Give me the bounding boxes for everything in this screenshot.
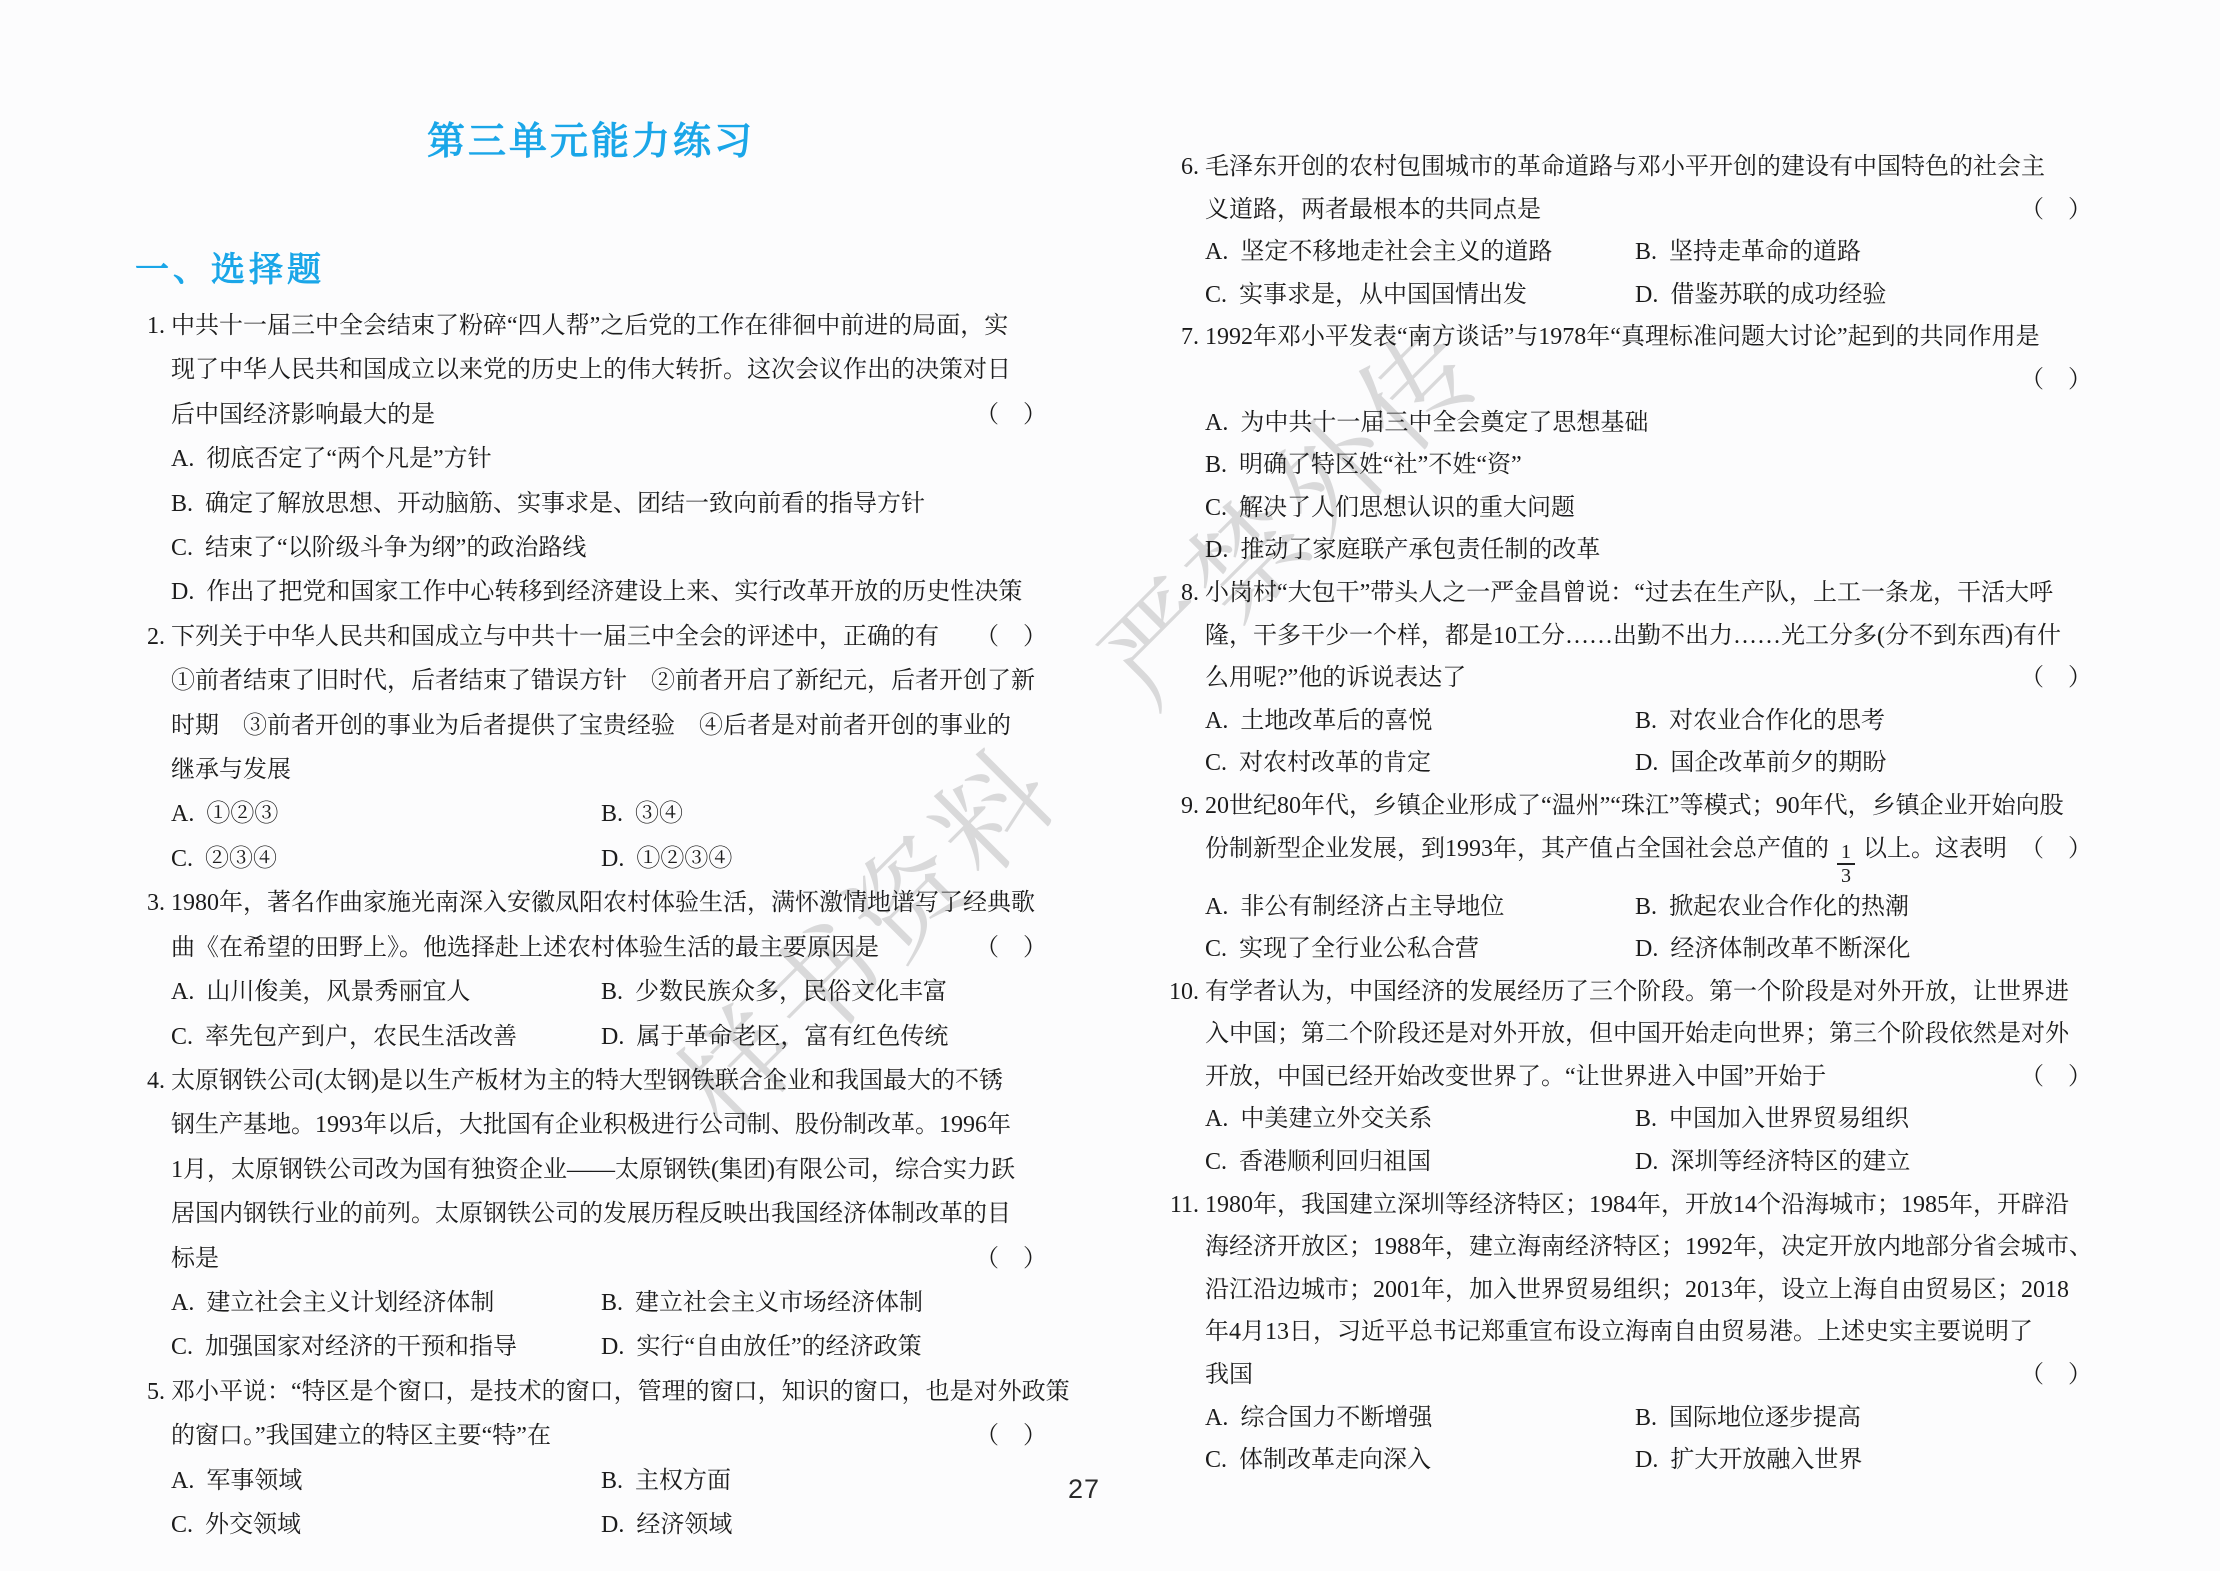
option-text: 加强国家对经济的干预和指导 xyxy=(205,1325,517,1369)
question-stem-line: 1980年，著名作曲家施光南深入安徽凤阳农村体验生活，满怀激情地谱写了经典歌 xyxy=(171,881,1047,925)
question-stem-line: 后中国经济影响最大的是（ ） xyxy=(171,393,1047,437)
question-stem-line: 有学者认为，中国经济的发展经历了三个阶段。第一个阶段是对外开放，让世界进 xyxy=(1205,971,2092,1014)
option-c: C.结束了“以阶级斗争为纲”的政治路线 xyxy=(171,526,586,570)
answer-bracket: （ ） xyxy=(2020,1056,2092,1099)
option-text: 香港顺利回归祖国 xyxy=(1239,1141,1431,1184)
stem-text: 义道路，两者最根本的共同点是 xyxy=(1205,189,1541,232)
option-text: 对农村改革的肯定 xyxy=(1239,742,1431,785)
question-stem-line: 1月，太原钢铁公司改为国有独资企业——太原钢铁(集团)有限公司，综合实力跃 xyxy=(171,1148,1047,1192)
option-label: B. xyxy=(601,1459,623,1503)
option-b: B.少数民族众多，民俗文化丰富 xyxy=(601,970,947,1014)
option-d: D.①②③④ xyxy=(601,837,732,881)
option-label: C. xyxy=(1205,274,1227,317)
option-a: A.综合国力不断增强 xyxy=(1205,1397,1635,1440)
stem-text: 的窗口。”我国建立的特区主要“特”在 xyxy=(171,1414,551,1458)
page-title: 第三单元能力练习 xyxy=(135,118,1047,166)
option-text: 为中共十一届三中全会奠定了思想基础 xyxy=(1240,402,1648,445)
option-text: 非公有制经济占主导地位 xyxy=(1240,886,1504,929)
question-stem-line: 下列关于中华人民共和国成立与中共十一届三中全会的评述中，正确的有（ ） xyxy=(171,615,1047,659)
option-c: C.对农村改革的肯定 xyxy=(1205,742,1635,785)
option-label: A. xyxy=(171,437,194,481)
stem-text: 海经济开放区；1988年，建立海南经济特区；1992年，决定开放内地部分省会城市… xyxy=(1205,1226,2093,1269)
option-label: D. xyxy=(1635,742,1658,785)
question-number: 1. xyxy=(147,304,165,348)
option-b: B.明确了特区姓“社”不姓“资” xyxy=(1205,444,1522,487)
question-stem-line: 1980年，我国建立深圳等经济特区；1984年，开放14个沿海城市；1985年，… xyxy=(1205,1184,2092,1227)
question-stem-line: 的窗口。”我国建立的特区主要“特”在（ ） xyxy=(171,1414,1047,1458)
stem-text: 入中国；第二个阶段还是对外开放，但中国开始走向世界；第三个阶段依然是对外 xyxy=(1205,1013,2069,1056)
options-row: A.①②③B.③④ xyxy=(171,792,1047,836)
answer-bracket: （ ） xyxy=(2020,828,2092,871)
stem-text: 20世纪80年代，乡镇企业形成了“温州”“珠江”等模式；90年代，乡镇企业开始向… xyxy=(1205,785,2064,828)
option-text: 经济体制改革不断深化 xyxy=(1670,928,1910,971)
question-10: 10.有学者认为，中国经济的发展经历了三个阶段。第一个阶段是对外开放，让世界进入… xyxy=(1169,971,2092,1184)
question-number: 2. xyxy=(147,615,165,659)
option-c: C.率先包产到户，农民生活改善 xyxy=(171,1015,601,1059)
option-line: A.彻底否定了“两个凡是”方针 xyxy=(171,437,1047,481)
option-a: A.军事领域 xyxy=(171,1459,601,1503)
option-a: A.①②③ xyxy=(171,792,601,836)
option-line: C.解决了人们思想认识的重大问题 xyxy=(1205,487,2092,530)
option-text: 实行“自由放任”的经济政策 xyxy=(636,1325,921,1369)
option-label: B. xyxy=(601,1281,623,1325)
option-label: A. xyxy=(171,1459,194,1503)
question-number: 6. xyxy=(1181,146,1199,189)
question-stem-line: 20世纪80年代，乡镇企业形成了“温州”“珠江”等模式；90年代，乡镇企业开始向… xyxy=(1205,785,2092,828)
question-3: 3.1980年，著名作曲家施光南深入安徽凤阳农村体验生活，满怀激情地谱写了经典歌… xyxy=(135,881,1047,1059)
question-stem-line: 中共十一届三中全会结束了粉碎“四人帮”之后党的工作在徘徊中前进的局面，实 xyxy=(171,304,1047,348)
option-c: C.实现了全行业公私合营 xyxy=(1205,928,1635,971)
option-text: ③④ xyxy=(635,792,683,836)
option-d: D.推动了家庭联产承包责任制的改革 xyxy=(1205,529,1600,572)
option-label: B. xyxy=(1635,886,1657,929)
options-row: C.实事求是，从中国国情出发D.借鉴苏联的成功经验 xyxy=(1205,274,2092,317)
options-row: C.体制改革走向深入D.扩大开放融入世界 xyxy=(1205,1439,2092,1482)
option-b: B.对农业合作化的思考 xyxy=(1635,700,1885,743)
options-row: C.外交领域D.经济领域 xyxy=(171,1503,1047,1547)
option-text: 推动了家庭联产承包责任制的改革 xyxy=(1240,529,1600,572)
option-label: C. xyxy=(1205,742,1227,785)
option-text: 属于革命老区，富有红色传统 xyxy=(636,1015,948,1059)
option-label: A. xyxy=(1205,1098,1228,1141)
option-text: 主权方面 xyxy=(635,1459,731,1503)
option-text: 山川俊美，风景秀丽宜人 xyxy=(206,970,470,1014)
option-text: 彻底否定了“两个凡是”方针 xyxy=(206,437,491,481)
stem-text: 么用呢?”他的诉说表达了 xyxy=(1205,657,1466,700)
option-a: A.山川俊美，风景秀丽宜人 xyxy=(171,970,601,1014)
options-row: A.山川俊美，风景秀丽宜人B.少数民族众多，民俗文化丰富 xyxy=(171,970,1047,1014)
option-label: D. xyxy=(1205,529,1228,572)
stem-text: ①前者结束了旧时代，后者结束了错误方针 ②前者开启了新纪元，后者开创了新 xyxy=(171,659,1035,703)
question-2: 2.下列关于中华人民共和国成立与中共十一届三中全会的评述中，正确的有（ ）①前者… xyxy=(135,615,1047,881)
option-text: 国际地位逐步提高 xyxy=(1669,1397,1861,1440)
answer-bracket: （ ） xyxy=(2020,189,2092,232)
option-c: C.体制改革走向深入 xyxy=(1205,1439,1635,1482)
option-text: 掀起农业合作化的热潮 xyxy=(1669,886,1909,929)
stem-text: 中共十一届三中全会结束了粉碎“四人帮”之后党的工作在徘徊中前进的局面，实 xyxy=(171,304,1008,348)
question-stem-line: 隆，干多干少一个样，都是10工分……出勤不出力……光工分多(分不到东西)有什 xyxy=(1205,615,2092,658)
stem-text: 我国 xyxy=(1205,1354,1253,1397)
option-text: 军事领域 xyxy=(206,1459,302,1503)
stem-text: 沿江沿边城市；2001年，加入世界贸易组织；2013年，设立上海自由贸易区；20… xyxy=(1205,1269,2069,1312)
stem-text: 邓小平说：“特区是个窗口，是技术的窗口，管理的窗口，知识的窗口，也是对外政策 xyxy=(171,1370,1070,1414)
option-label: A. xyxy=(171,970,194,1014)
options-row: A.军事领域B.主权方面 xyxy=(171,1459,1047,1503)
question-number: 3. xyxy=(147,881,165,925)
option-a: A.土地改革后的喜悦 xyxy=(1205,700,1635,743)
option-text: ②③④ xyxy=(205,837,277,881)
question-stem-line: 钢生产基地。1993年以后，大批国有企业积极进行公司制、股份制改革。1996年 xyxy=(171,1103,1047,1147)
option-label: B. xyxy=(1205,444,1227,487)
option-label: C. xyxy=(1205,1439,1227,1482)
option-text: 综合国力不断增强 xyxy=(1240,1397,1432,1440)
options-row: C.②③④D.①②③④ xyxy=(171,837,1047,881)
option-label: B. xyxy=(1635,1098,1657,1141)
option-line: C.结束了“以阶级斗争为纲”的政治路线 xyxy=(171,526,1047,570)
option-text: 解决了人们思想认识的重大问题 xyxy=(1239,487,1575,530)
option-d: D.实行“自由放任”的经济政策 xyxy=(601,1325,922,1369)
answer-bracket: （ ） xyxy=(2020,1354,2092,1397)
question-stem-line: 小岗村“大包干”带头人之一严金昌曾说：“过去在生产队，上工一条龙，干活大呼 xyxy=(1205,572,2092,615)
option-label: C. xyxy=(171,837,193,881)
option-b: B.国际地位逐步提高 xyxy=(1635,1397,1861,1440)
option-label: D. xyxy=(601,837,624,881)
option-line: D.推动了家庭联产承包责任制的改革 xyxy=(1205,529,2092,572)
option-text: 建立社会主义市场经济体制 xyxy=(635,1281,923,1325)
question-stem-line: 我国（ ） xyxy=(1205,1354,2092,1397)
option-a: A.中美建立外交关系 xyxy=(1205,1098,1635,1141)
question-number: 8. xyxy=(1181,572,1199,615)
options-row: A.综合国力不断增强B.国际地位逐步提高 xyxy=(1205,1397,2092,1440)
options-row: C.加强国家对经济的干预和指导D.实行“自由放任”的经济政策 xyxy=(171,1325,1047,1369)
option-b: B.坚持走革命的道路 xyxy=(1635,231,1861,274)
option-text: 土地改革后的喜悦 xyxy=(1240,700,1432,743)
question-5: 5.邓小平说：“特区是个窗口，是技术的窗口，管理的窗口，知识的窗口，也是对外政策… xyxy=(135,1370,1047,1548)
option-label: C. xyxy=(171,1503,193,1547)
workbook-page: { "page": { "title": "第三单元能力练习", "sectio… xyxy=(0,0,2220,1571)
options-row: C.率先包产到户，农民生活改善D.属于革命老区，富有红色传统 xyxy=(171,1015,1047,1059)
answer-bracket: （ ） xyxy=(975,393,1047,437)
question-stem-line: 海经济开放区；1988年，建立海南经济特区；1992年，决定开放内地部分省会城市… xyxy=(1205,1226,2092,1269)
answer-bracket: （ ） xyxy=(975,1414,1047,1458)
option-line: B.确定了解放思想、开动脑筋、实事求是、团结一致向前看的指导方针 xyxy=(171,482,1047,526)
stem-text: 隆，干多干少一个样，都是10工分……出勤不出力……光工分多(分不到东西)有什 xyxy=(1205,615,2061,658)
options-row: A.建立社会主义计划经济体制B.建立社会主义市场经济体制 xyxy=(171,1281,1047,1325)
question-number: 7. xyxy=(1181,316,1199,359)
stem-text: 下列关于中华人民共和国成立与中共十一届三中全会的评述中，正确的有 xyxy=(171,615,939,659)
option-a: A.建立社会主义计划经济体制 xyxy=(171,1281,601,1325)
question-stem-line: 曲《在希望的田野上》。他选择赴上述农村体验生活的最主要原因是（ ） xyxy=(171,926,1047,970)
option-label: A. xyxy=(1205,700,1228,743)
option-b: B.掀起农业合作化的热潮 xyxy=(1635,886,1909,929)
question-9: 9.20世纪80年代，乡镇企业形成了“温州”“珠江”等模式；90年代，乡镇企业开… xyxy=(1169,785,2092,971)
option-c: C.实事求是，从中国国情出发 xyxy=(1205,274,1635,317)
option-d: D.扩大开放融入世界 xyxy=(1635,1439,1862,1482)
question-11: 11.1980年，我国建立深圳等经济特区；1984年，开放14个沿海城市；198… xyxy=(1169,1184,2092,1482)
option-label: C. xyxy=(1205,1141,1227,1184)
option-c: C.香港顺利回归祖国 xyxy=(1205,1141,1635,1184)
option-label: B. xyxy=(1635,231,1657,274)
option-text: 国企改革前夕的期盼 xyxy=(1670,742,1886,785)
option-text: 结束了“以阶级斗争为纲”的政治路线 xyxy=(205,526,586,570)
option-text: 坚持走革命的道路 xyxy=(1669,231,1861,274)
option-label: D. xyxy=(1635,928,1658,971)
question-stem-line: 太原钢铁公司(太钢)是以生产板材为主的特大型钢铁联合企业和我国最大的不锈 xyxy=(171,1059,1047,1103)
right-column-questions: 6.毛泽东开创的农村包围城市的革命道路与邓小平开创的建设有中国特色的社会主义道路… xyxy=(1169,146,2092,1482)
question-4: 4.太原钢铁公司(太钢)是以生产板材为主的特大型钢铁联合企业和我国最大的不锈钢生… xyxy=(135,1059,1047,1370)
option-text: 率先包产到户，农民生活改善 xyxy=(205,1015,517,1059)
question-stem-line: 标是（ ） xyxy=(171,1237,1047,1281)
options-row: A.土地改革后的喜悦B.对农业合作化的思考 xyxy=(1205,700,2092,743)
question-1: 1.中共十一届三中全会结束了粉碎“四人帮”之后党的工作在徘徊中前进的局面，实现了… xyxy=(135,304,1047,615)
option-text: 实现了全行业公私合营 xyxy=(1239,928,1479,971)
option-text: 中美建立外交关系 xyxy=(1240,1098,1432,1141)
option-label: D. xyxy=(601,1015,624,1059)
stem-text: 1月，太原钢铁公司改为国有独资企业——太原钢铁(集团)有限公司，综合实力跃 xyxy=(171,1148,1015,1192)
options-row: A.中美建立外交关系B.中国加入世界贸易组织 xyxy=(1205,1098,2092,1141)
option-text: 实事求是，从中国国情出发 xyxy=(1239,274,1527,317)
option-c: C.外交领域 xyxy=(171,1503,601,1547)
question-8: 8.小岗村“大包干”带头人之一严金昌曾说：“过去在生产队，上工一条龙，干活大呼隆… xyxy=(1169,572,2092,785)
option-c: C.②③④ xyxy=(171,837,601,881)
option-b: B.建立社会主义市场经济体制 xyxy=(601,1281,923,1325)
answer-bracket: （ ） xyxy=(2020,359,2092,402)
question-stem-line: 居国内钢铁行业的前列。太原钢铁公司的发展历程反映出我国经济体制改革的目 xyxy=(171,1192,1047,1236)
option-text: 建立社会主义计划经济体制 xyxy=(206,1281,494,1325)
option-d: D.深圳等经济特区的建立 xyxy=(1635,1141,1910,1184)
option-b: B.中国加入世界贸易组织 xyxy=(1635,1098,1909,1141)
stem-text: 以上。这表明 xyxy=(1863,828,2007,871)
stem-text: 1980年，著名作曲家施光南深入安徽凤阳农村体验生活，满怀激情地谱写了经典歌 xyxy=(171,881,1035,925)
question-6: 6.毛泽东开创的农村包围城市的革命道路与邓小平开创的建设有中国特色的社会主义道路… xyxy=(1169,146,2092,316)
option-label: A. xyxy=(1205,886,1228,929)
option-label: B. xyxy=(171,482,193,526)
question-number: 11. xyxy=(1170,1184,1199,1227)
option-label: D. xyxy=(601,1503,624,1547)
stem-text: 1992年邓小平发表“南方谈话”与1978年“真理标准问题大讨论”起到的共同作用… xyxy=(1205,316,2040,359)
option-line: A.为中共十一届三中全会奠定了思想基础 xyxy=(1205,402,2092,445)
stem-text: 钢生产基地。1993年以后，大批国有企业积极进行公司制、股份制改革。1996年 xyxy=(171,1103,1011,1147)
option-c: C.加强国家对经济的干预和指导 xyxy=(171,1325,601,1369)
question-stem-line: 邓小平说：“特区是个窗口，是技术的窗口，管理的窗口，知识的窗口，也是对外政策 xyxy=(171,1370,1047,1414)
stem-text: 年4月13日，习近平总书记郑重宣布设立海南自由贸易港。上述史实主要说明了 xyxy=(1205,1311,2033,1354)
option-label: C. xyxy=(1205,487,1227,530)
left-column: 第三单元能力练习 一、选择题 1.中共十一届三中全会结束了粉碎“四人帮”之后党的… xyxy=(135,118,1047,1547)
option-text: 外交领域 xyxy=(205,1503,301,1547)
option-a: A.非公有制经济占主导地位 xyxy=(1205,886,1635,929)
fraction: 13 xyxy=(1837,841,1855,888)
option-d: D.借鉴苏联的成功经验 xyxy=(1635,274,1886,317)
stem-text: 标是 xyxy=(171,1237,219,1281)
question-stem-line: 么用呢?”他的诉说表达了（ ） xyxy=(1205,657,2092,700)
option-text: ①②③④ xyxy=(636,837,732,881)
question-stem-line: 沿江沿边城市；2001年，加入世界贸易组织；2013年，设立上海自由贸易区；20… xyxy=(1205,1269,2092,1312)
stem-text: 太原钢铁公司(太钢)是以生产板材为主的特大型钢铁联合企业和我国最大的不锈 xyxy=(171,1059,1003,1103)
option-d: D.属于革命老区，富有红色传统 xyxy=(601,1015,948,1059)
option-text: 确定了解放思想、开动脑筋、实事求是、团结一致向前看的指导方针 xyxy=(205,482,925,526)
option-label: A. xyxy=(171,792,194,836)
option-d: D.经济领域 xyxy=(601,1503,732,1547)
option-label: A. xyxy=(1205,1397,1228,1440)
fraction-denominator: 3 xyxy=(1837,863,1855,887)
option-label: D. xyxy=(171,570,194,614)
question-number: 10. xyxy=(1169,971,1199,1014)
option-b: B.确定了解放思想、开动脑筋、实事求是、团结一致向前看的指导方针 xyxy=(171,482,925,526)
stem-text: 小岗村“大包干”带头人之一严金昌曾说：“过去在生产队，上工一条龙，干活大呼 xyxy=(1205,572,2053,615)
option-text: 少数民族众多，民俗文化丰富 xyxy=(635,970,947,1014)
option-line: B.明确了特区姓“社”不姓“资” xyxy=(1205,444,2092,487)
question-stem-line: 毛泽东开创的农村包围城市的革命道路与邓小平开创的建设有中国特色的社会主 xyxy=(1205,146,2092,189)
question-stem-line: 继承与发展 xyxy=(171,748,1047,792)
option-text: 体制改革走向深入 xyxy=(1239,1439,1431,1482)
answer-bracket: （ ） xyxy=(2020,657,2092,700)
option-c: C.解决了人们思想认识的重大问题 xyxy=(1205,487,1575,530)
option-text: 深圳等经济特区的建立 xyxy=(1670,1141,1910,1184)
stem-text: 现了中华人民共和国成立以来党的历史上的伟大转折。这次会议作出的决策对日 xyxy=(171,348,1011,392)
answer-bracket-line: （ ） xyxy=(1205,359,2092,402)
option-label: A. xyxy=(1205,402,1228,445)
option-label: D. xyxy=(601,1325,624,1369)
option-label: C. xyxy=(1205,928,1227,971)
option-label: B. xyxy=(601,970,623,1014)
option-line: D.作出了把党和国家工作中心转移到经济建设上来、实行改革开放的历史性决策 xyxy=(171,570,1047,614)
stem-text: 毛泽东开创的农村包围城市的革命道路与邓小平开创的建设有中国特色的社会主 xyxy=(1205,146,2045,189)
option-label: B. xyxy=(1635,700,1657,743)
stem-text: 居国内钢铁行业的前列。太原钢铁公司的发展历程反映出我国经济体制改革的目 xyxy=(171,1192,1011,1236)
option-text: 坚定不移地走社会主义的道路 xyxy=(1240,231,1552,274)
question-number: 9. xyxy=(1181,785,1199,828)
option-label: C. xyxy=(171,526,193,570)
option-label: B. xyxy=(601,792,623,836)
option-a: A.为中共十一届三中全会奠定了思想基础 xyxy=(1205,402,1648,445)
answer-bracket: （ ） xyxy=(975,1237,1047,1281)
options-row: A.坚定不移地走社会主义的道路B.坚持走革命的道路 xyxy=(1205,231,2092,274)
option-b: B.主权方面 xyxy=(601,1459,731,1503)
stem-text: 1980年，我国建立深圳等经济特区；1984年，开放14个沿海城市；1985年，… xyxy=(1205,1184,2069,1227)
option-text: 明确了特区姓“社”不姓“资” xyxy=(1239,444,1522,487)
question-stem-line: 开放，中国已经开始改变世界了。“让世界进入中国”开始于（ ） xyxy=(1205,1056,2092,1099)
question-stem-line: 年4月13日，习近平总书记郑重宣布设立海南自由贸易港。上述史实主要说明了 xyxy=(1205,1311,2092,1354)
stem-text: 有学者认为，中国经济的发展经历了三个阶段。第一个阶段是对外开放，让世界进 xyxy=(1205,971,2069,1014)
answer-bracket: （ ） xyxy=(975,615,1047,659)
option-text: 借鉴苏联的成功经验 xyxy=(1670,274,1886,317)
question-stem-line: ①前者结束了旧时代，后者结束了错误方针 ②前者开启了新纪元，后者开创了新 xyxy=(171,659,1047,703)
options-row: C.对农村改革的肯定D.国企改革前夕的期盼 xyxy=(1205,742,2092,785)
option-a: A.彻底否定了“两个凡是”方针 xyxy=(171,437,492,481)
stem-text: 份制新型企业发展，到1993年，其产值占全国社会总产值的 xyxy=(1205,828,1829,871)
left-column-questions: 1.中共十一届三中全会结束了粉碎“四人帮”之后党的工作在徘徊中前进的局面，实现了… xyxy=(135,304,1047,1547)
page-number: 27 xyxy=(1068,1474,1100,1505)
option-b: B.③④ xyxy=(601,792,683,836)
question-stem-line: 时期 ③前者开创的事业为后者提供了宝贵经验 ④后者是对前者开创的事业的 xyxy=(171,704,1047,748)
option-text: 中国加入世界贸易组织 xyxy=(1669,1098,1909,1141)
option-label: D. xyxy=(1635,274,1658,317)
options-row: C.实现了全行业公私合营D.经济体制改革不断深化 xyxy=(1205,928,2092,971)
section-heading: 一、选择题 xyxy=(135,250,1047,290)
option-text: ①②③ xyxy=(206,792,278,836)
option-text: 经济领域 xyxy=(636,1503,732,1547)
right-column: 6.毛泽东开创的农村包围城市的革命道路与邓小平开创的建设有中国特色的社会主义道路… xyxy=(1169,132,2092,1482)
stem-text: 开放，中国已经开始改变世界了。“让世界进入中国”开始于 xyxy=(1205,1056,1826,1099)
option-label: C. xyxy=(171,1325,193,1369)
question-7: 7.1992年邓小平发表“南方谈话”与1978年“真理标准问题大讨论”起到的共同… xyxy=(1169,316,2092,572)
option-label: A. xyxy=(1205,231,1228,274)
options-row: C.香港顺利回归祖国D.深圳等经济特区的建立 xyxy=(1205,1141,2092,1184)
option-d: D.经济体制改革不断深化 xyxy=(1635,928,1910,971)
question-stem-line: 份制新型企业发展，到1993年，其产值占全国社会总产值的13以上。这表明（ ） xyxy=(1205,828,2092,886)
option-text: 作出了把党和国家工作中心转移到经济建设上来、实行改革开放的历史性决策 xyxy=(206,570,1022,614)
stem-text: 时期 ③前者开创的事业为后者提供了宝贵经验 ④后者是对前者开创的事业的 xyxy=(171,704,1011,748)
option-label: D. xyxy=(1635,1141,1658,1184)
option-text: 扩大开放融入世界 xyxy=(1670,1439,1862,1482)
option-d: D.作出了把党和国家工作中心转移到经济建设上来、实行改革开放的历史性决策 xyxy=(171,570,1022,614)
stem-text: 曲《在希望的田野上》。他选择赴上述农村体验生活的最主要原因是 xyxy=(171,926,879,970)
option-d: D.国企改革前夕的期盼 xyxy=(1635,742,1886,785)
stem-text: 后中国经济影响最大的是 xyxy=(171,393,435,437)
option-label: A. xyxy=(171,1281,194,1325)
option-label: D. xyxy=(1635,1439,1658,1482)
question-stem-line: 入中国；第二个阶段还是对外开放，但中国开始走向世界；第三个阶段依然是对外 xyxy=(1205,1013,2092,1056)
stem-text: 继承与发展 xyxy=(171,748,291,792)
question-stem-line: 现了中华人民共和国成立以来党的历史上的伟大转折。这次会议作出的决策对日 xyxy=(171,348,1047,392)
question-number: 4. xyxy=(147,1059,165,1103)
answer-bracket: （ ） xyxy=(975,926,1047,970)
option-a: A.坚定不移地走社会主义的道路 xyxy=(1205,231,1635,274)
question-number: 5. xyxy=(147,1370,165,1414)
question-stem-line: 义道路，两者最根本的共同点是（ ） xyxy=(1205,189,2092,232)
option-label: C. xyxy=(171,1015,193,1059)
question-stem-line: 1992年邓小平发表“南方谈话”与1978年“真理标准问题大讨论”起到的共同作用… xyxy=(1205,316,2092,359)
fraction-numerator: 1 xyxy=(1841,841,1851,863)
option-label: B. xyxy=(1635,1397,1657,1440)
option-text: 对农业合作化的思考 xyxy=(1669,700,1885,743)
options-row: A.非公有制经济占主导地位B.掀起农业合作化的热潮 xyxy=(1205,886,2092,929)
